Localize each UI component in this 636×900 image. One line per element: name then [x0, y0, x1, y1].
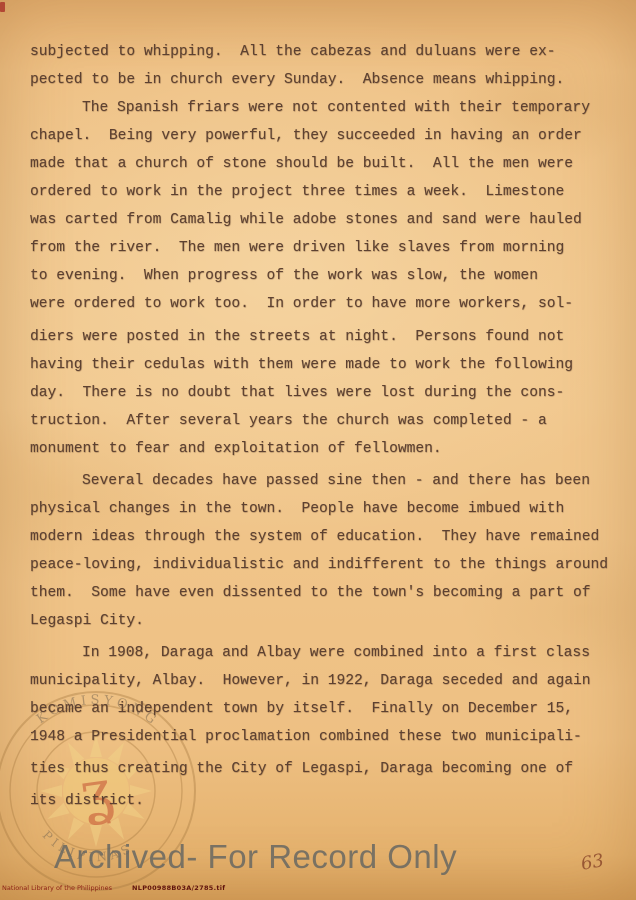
text-line: its district.	[30, 787, 626, 815]
scan-footer: National Library of the PhilippinesNLP00…	[2, 885, 225, 892]
text-line: was carted from Camalig while adobe ston…	[30, 206, 626, 234]
text-line: became an independent town by itself. Fi…	[30, 695, 626, 723]
text-line: truction. After several years the church…	[30, 407, 626, 435]
text-line: 1948 a Presidential proclamation combine…	[30, 723, 626, 751]
red-corner-mark	[0, 2, 5, 12]
text-line: peace-loving, individualistic and indiff…	[30, 551, 626, 579]
text-line: The Spanish friars were not contented wi…	[30, 94, 626, 122]
text-line: In 1908, Daraga and Albay were combined …	[30, 639, 626, 667]
scan-footer-library: National Library of the Philippines	[2, 884, 112, 892]
text-line: modern ideas through the system of educa…	[30, 523, 626, 551]
text-line: day. There is no doubt that lives were l…	[30, 379, 626, 407]
text-line: ordered to work in the project three tim…	[30, 178, 626, 206]
archive-watermark-text: Archived- For Record Only	[54, 838, 457, 876]
text-line: Several decades have passed sine then - …	[30, 467, 626, 495]
text-line: made that a church of stone should be bu…	[30, 150, 626, 178]
typewritten-text: subjected to whipping. All the cabezas a…	[30, 38, 626, 815]
text-line: to evening. When progress of the work wa…	[30, 262, 626, 290]
page-number: 63	[579, 850, 605, 875]
text-line: from the river. The men were driven like…	[30, 234, 626, 262]
text-line: having their cedulas with them were made…	[30, 351, 626, 379]
text-line: monument to fear and exploitation of fel…	[30, 435, 626, 463]
scanned-document-page: { "page": { "paper_color": "#eec084", "i…	[0, 0, 636, 900]
text-line: subjected to whipping. All the cabezas a…	[30, 38, 626, 66]
text-line: pected to be in church every Sunday. Abs…	[30, 66, 626, 94]
text-line: physical changes in the town. People hav…	[30, 495, 626, 523]
text-line: chapel. Being very powerful, they succee…	[30, 122, 626, 150]
scan-footer-filename: NLP00988B03A/2785.tif	[132, 884, 225, 892]
text-line: them. Some have even dissented to the to…	[30, 579, 626, 607]
text-line: ties thus creating the City of Legaspi, …	[30, 755, 626, 783]
text-line: municipality, Albay. However, in 1922, D…	[30, 667, 626, 695]
text-line: diers were posted in the streets at nigh…	[30, 323, 626, 351]
text-line: were ordered to work too. In order to ha…	[30, 290, 626, 318]
text-line: Legaspi City.	[30, 607, 626, 635]
